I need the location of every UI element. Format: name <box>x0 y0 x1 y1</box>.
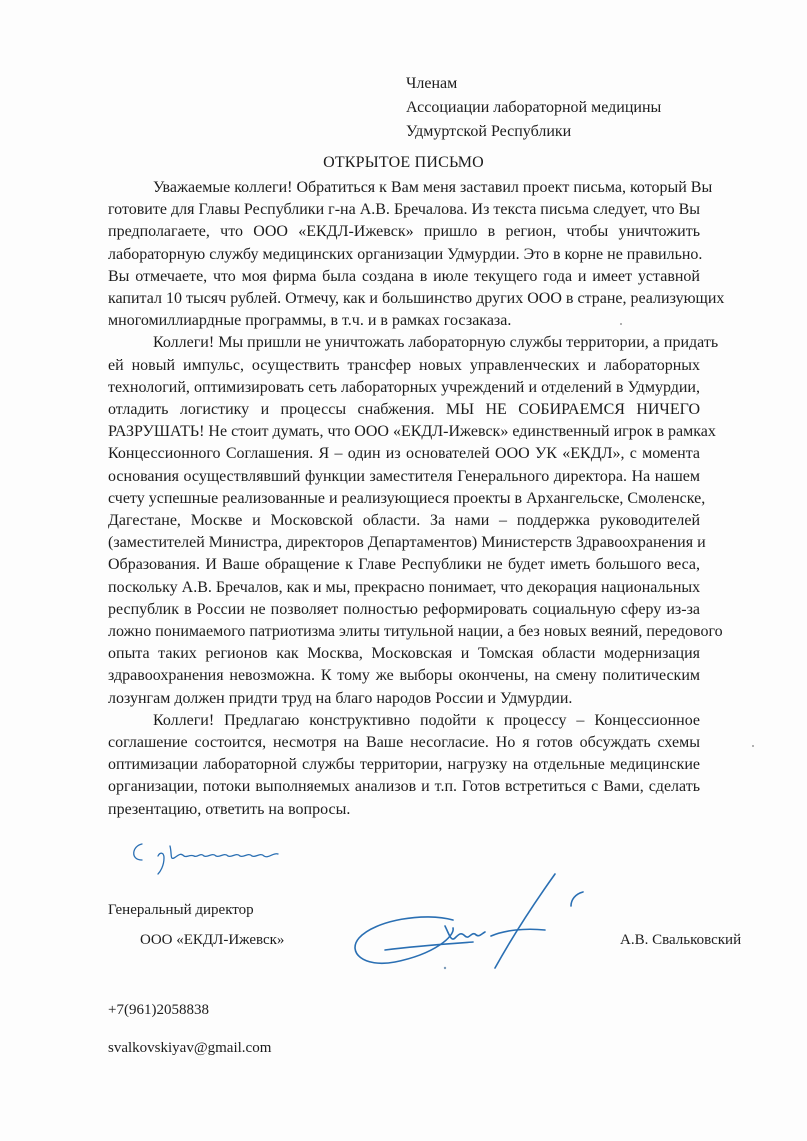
text-line: организации, потоки выполняемых анализов… <box>108 776 700 798</box>
text-line: Концессионного Соглашения. Я – один из о… <box>108 443 700 465</box>
text-line: соглашение состоится, несмотря на Ваше н… <box>108 732 700 754</box>
signer-company: ООО «ЕКДЛ-Ижевск» <box>140 932 284 949</box>
text-line: ложно понимаемого патриотизма элиты титу… <box>108 621 700 643</box>
letter-page: Членам Ассоциации лабораторной медицины … <box>0 0 807 1141</box>
signer-title: Генеральный директор <box>108 902 254 919</box>
text-line: ей новый импульс, осуществить трансфер н… <box>108 355 700 377</box>
handwritten-closing-icon <box>128 838 288 878</box>
handwritten-closing <box>128 838 288 883</box>
text-line: Вы отмечаете, что моя фирма была создана… <box>108 266 700 288</box>
text-line: отладить логистику и процессы снабжения.… <box>108 399 700 421</box>
text-line: поскольку А.В. Бречалов, как и мы, прекр… <box>108 577 700 599</box>
signature <box>345 872 605 987</box>
addressee-line: Ассоциации лабораторной медицины <box>406 96 661 120</box>
text-line: Коллеги! Мы пришли не уничтожать лаборат… <box>108 332 700 354</box>
text-line: презентацию, ответить на вопросы. <box>108 799 700 821</box>
text-line: РАЗРУШАТЬ! Не стоит думать, что ООО «ЕКД… <box>108 421 700 443</box>
signer-name: А.В. Свальковский <box>620 932 741 949</box>
text-line: Дагестане, Москве и Московской области. … <box>108 510 700 532</box>
contact-phone: +7(961)2058838 <box>108 1002 209 1019</box>
contact-email: svalkovskiyav@gmail.com <box>108 1040 271 1057</box>
text-line: многомиллиардные программы, в т.ч. и в р… <box>108 310 700 332</box>
scan-speck <box>620 323 622 325</box>
paragraph-2: Коллеги! Мы пришли не уничтожать лаборат… <box>108 332 700 709</box>
text-line: лабораторную службу медицинских организа… <box>108 244 700 266</box>
addressee-line: Удмуртской Республики <box>406 120 661 144</box>
text-line: предполагаете, что ООО «ЕКДЛ-Ижевск» при… <box>108 221 700 243</box>
scan-speck <box>752 745 754 747</box>
text-line: счету успешные реализованные и реализующ… <box>108 488 700 510</box>
paragraph-3: Коллеги! Предлагаю конструктивно подойти… <box>108 710 700 821</box>
paragraph-1: Уважаемые коллеги! Обратиться к Вам меня… <box>108 177 700 332</box>
text-line: оптимизации лабораторной службы территор… <box>108 754 700 776</box>
addressee-block: Членам Ассоциации лабораторной медицины … <box>406 72 661 144</box>
text-line: капитал 10 тысяч рублей. Отмечу, как и б… <box>108 288 700 310</box>
signature-icon <box>345 872 605 982</box>
text-line: Уважаемые коллеги! Обратиться к Вам меня… <box>108 177 700 199</box>
addressee-line: Членам <box>406 72 661 96</box>
text-line: готовите для Главы Республики г-на А.В. … <box>108 199 700 221</box>
text-line: лозунгам должен придти труд на благо нар… <box>108 688 700 710</box>
text-line: опыта таких регионов как Москва, Московс… <box>108 643 700 665</box>
letter-title: ОТКРЫТОЕ ПИСЬМО <box>0 152 807 174</box>
text-line: технологий, оптимизировать сеть лаборато… <box>108 377 700 399</box>
text-line: основания осуществлявший функции замести… <box>108 466 700 488</box>
text-line: Образования. И Ваше обращение к Главе Ре… <box>108 554 700 576</box>
letter-body: Уважаемые коллеги! Обратиться к Вам меня… <box>108 177 700 821</box>
text-line: республик в России не позволяет полность… <box>108 599 700 621</box>
text-line: Коллеги! Предлагаю конструктивно подойти… <box>108 710 700 732</box>
text-line: здравоохранения невозможна. К тому же вы… <box>108 665 700 687</box>
text-line: (заместителей Министра, директоров Депар… <box>108 532 700 554</box>
